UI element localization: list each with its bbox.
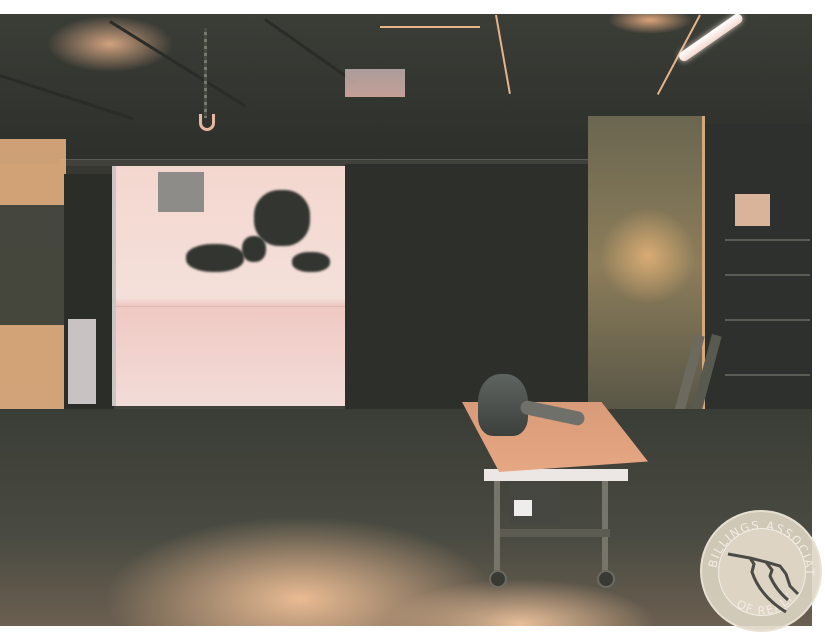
ceiling-beam	[0, 74, 134, 120]
realtor-watermark: BILLINGS ASSOCIATION OF REALTORS	[700, 510, 822, 632]
back-wall	[345, 164, 590, 419]
concrete-floor	[0, 409, 812, 626]
ceiling-beam	[264, 18, 356, 84]
shelf-slat	[725, 239, 810, 241]
river-lines-logo-icon: BILLINGS ASSOCIATION OF REALTORS	[702, 512, 820, 630]
door-vent	[158, 172, 204, 212]
shelf-slat	[725, 274, 810, 276]
paint-blotch	[292, 252, 330, 272]
caster-wheel-icon	[489, 570, 507, 588]
door-seam	[116, 306, 348, 307]
left-wall	[0, 139, 66, 439]
scanned-photo	[0, 14, 812, 626]
paint-blotch	[242, 236, 266, 262]
white-item	[514, 500, 532, 516]
shelf-item	[735, 194, 770, 226]
chain-icon	[204, 28, 207, 118]
watermark-text-top: BILLINGS ASSOCIATION	[702, 512, 817, 577]
table-lower-shelf	[500, 529, 610, 537]
ceiling-beam	[380, 26, 480, 28]
paint-blotch	[186, 244, 244, 272]
ceiling-beam	[495, 15, 511, 94]
under-table-items	[510, 484, 560, 524]
caster-wheel-icon	[597, 570, 615, 588]
paint-blotch	[254, 190, 310, 246]
skylight	[345, 69, 405, 97]
ceiling-beam	[109, 20, 246, 107]
left-pillar	[64, 174, 114, 414]
shelf-slat	[725, 374, 810, 376]
wall-panel	[68, 319, 96, 404]
shelf-slat	[725, 319, 810, 321]
overhead-door	[112, 166, 348, 406]
hook-icon	[199, 114, 215, 131]
